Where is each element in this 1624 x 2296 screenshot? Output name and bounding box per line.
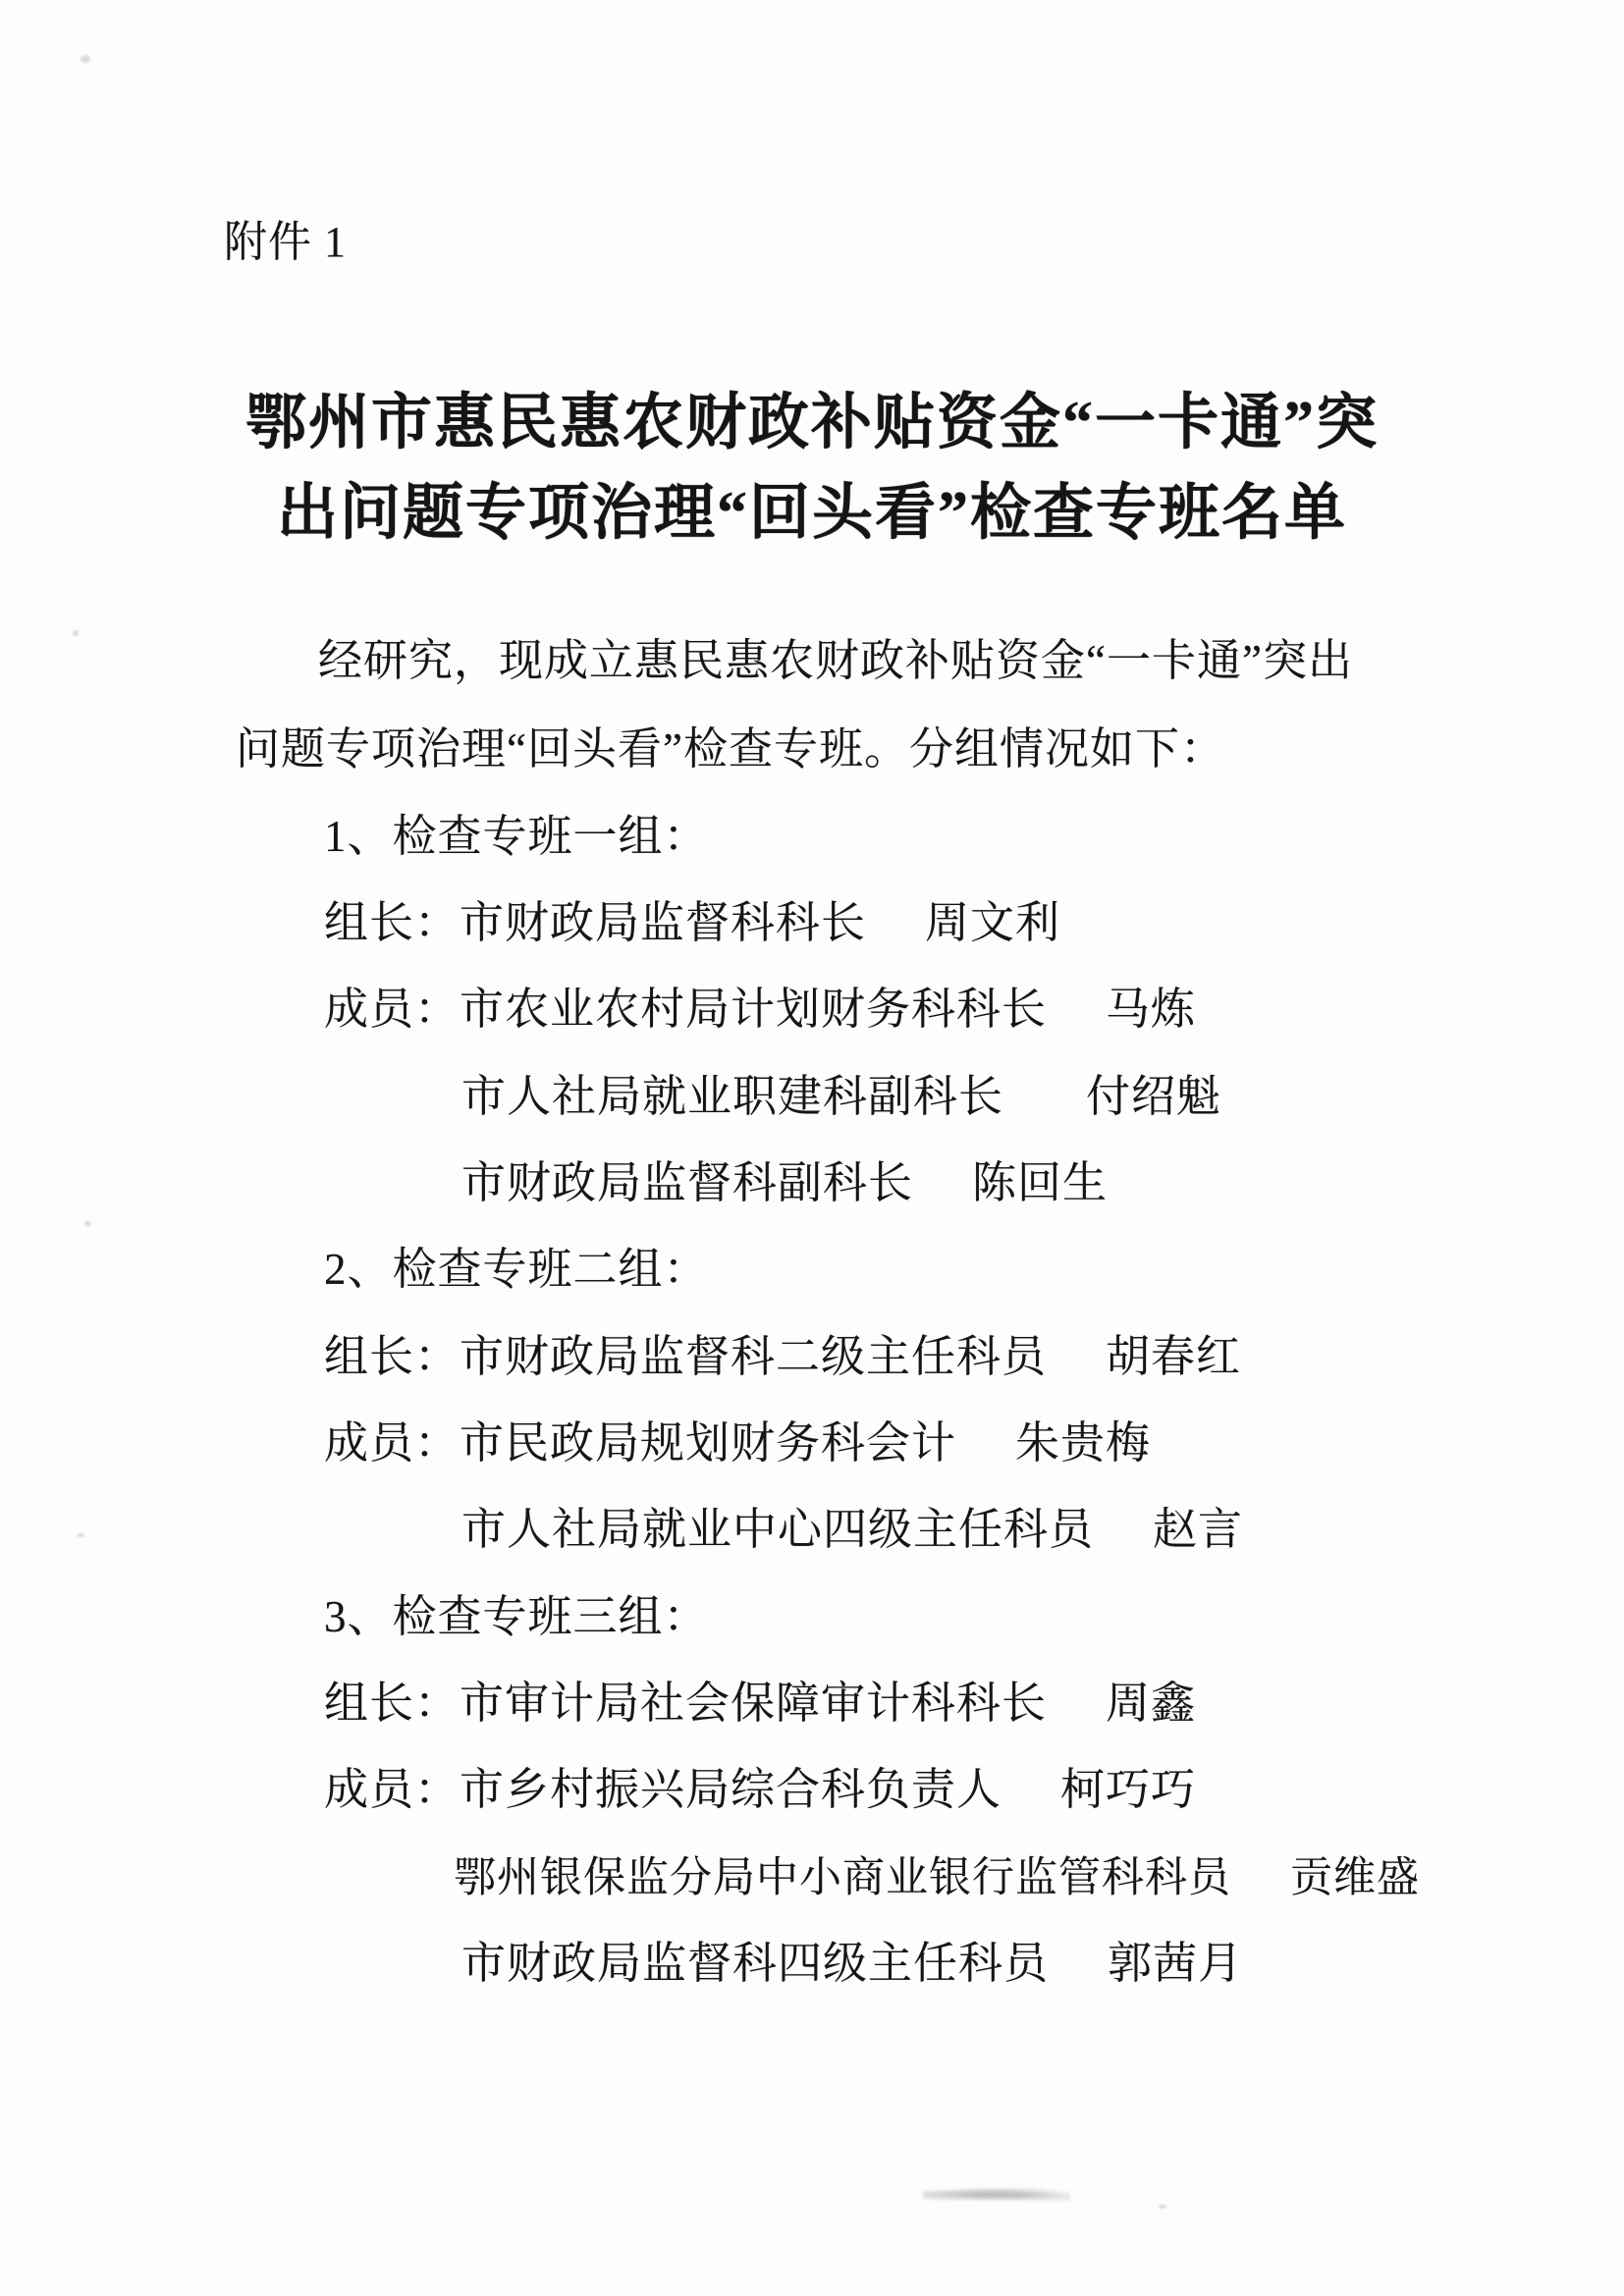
member-label: 成员： [324,985,460,1034]
person-title: 市财政局监督科二级主任科员 [460,1332,1047,1381]
group3-member-line-1: 成员：市乡村振兴局综合科负责人柯巧巧 [324,1765,1196,1814]
person-name: 赵言 [1153,1505,1243,1554]
leader-label: 组长： [324,898,460,947]
document-title-line2: 出问题专项治理“回头看”检查专班名单 [0,479,1624,548]
person-title: 市农业农村局计划财务科科长 [460,985,1047,1034]
person-name: 付绍魁 [1086,1072,1221,1121]
person-name: 朱贵梅 [1015,1418,1151,1468]
person-name: 郭茜月 [1108,1939,1243,1988]
group3-member-line-3: 市财政局监督科四级主任科员郭茜月 [461,1939,1243,1988]
scan-noise [77,1533,84,1537]
member-label: 成员： [324,1765,460,1814]
member-label: 成员： [324,1418,460,1468]
group3-leader-line: 组长：市审计局社会保障审计科科长周鑫 [324,1679,1196,1728]
group2-member-line-2: 市人社局就业中心四级主任科员赵言 [461,1505,1243,1554]
person-title: 市财政局监督科科长 [460,898,866,947]
group2-member-line-1: 成员：市民政局规划财务科会计朱贵梅 [324,1418,1151,1468]
group1-heading: 1、检查专班一组： [324,812,709,861]
person-title: 市财政局监督科四级主任科员 [461,1939,1049,1988]
scan-smudge [923,2187,1070,2203]
group3-member-line-2: 鄂州银保监分局中小商业银行监管科科员贡维盛 [454,1854,1420,1903]
leader-label: 组长： [324,1679,460,1728]
person-name: 马炼 [1106,985,1196,1034]
group1-member-line-1: 成员：市农业农村局计划财务科科长马炼 [324,985,1196,1034]
person-title: 市财政局监督科副科长 [461,1158,913,1207]
group1-member-line-2: 市人社局就业职建科副科长付绍魁 [461,1072,1221,1121]
scan-noise [81,55,90,63]
person-title: 市审计局社会保障审计科科长 [460,1679,1047,1728]
group1-member-line-3: 市财政局监督科副科长陈回生 [461,1158,1108,1207]
document-page: 附件 1 鄂州市惠民惠农财政补贴资金“一卡通”突 出问题专项治理“回头看”检查专… [0,0,1624,2296]
group2-leader-line: 组长：市财政局监督科二级主任科员胡春红 [324,1332,1241,1381]
group3-heading: 3、检查专班三组： [324,1592,709,1641]
person-name: 周鑫 [1106,1679,1196,1728]
person-title: 鄂州银保监分局中小商业银行监管科科员 [454,1855,1231,1901]
person-title: 市民政局规划财务科会计 [460,1418,956,1468]
person-title: 市人社局就业职建科副科长 [461,1072,1003,1121]
attachment-label: 附件 1 [224,218,347,267]
document-title-line1: 鄂州市惠民惠农财政补贴资金“一卡通”突 [0,389,1624,457]
intro-line1: 经研究，现成立惠民惠农财政补贴资金“一卡通”突出 [318,636,1353,685]
group2-heading: 2、检查专班二组： [324,1245,709,1294]
person-title: 市乡村振兴局综合科负责人 [460,1765,1001,1814]
leader-label: 组长： [324,1332,460,1381]
person-name: 贡维盛 [1290,1855,1420,1901]
scan-noise [84,1221,91,1226]
scan-noise [73,630,79,636]
intro-line2: 问题专项治理“回头看”检查专班。分组情况如下： [236,724,1225,774]
person-name: 柯巧巧 [1060,1765,1196,1814]
person-name: 周文利 [925,898,1060,947]
person-name: 胡春红 [1106,1332,1241,1381]
person-name: 陈回生 [972,1158,1108,1207]
group1-leader-line: 组长：市财政局监督科科长周文利 [324,898,1060,947]
person-title: 市人社局就业中心四级主任科员 [461,1505,1094,1554]
scan-noise [1159,2205,1166,2209]
